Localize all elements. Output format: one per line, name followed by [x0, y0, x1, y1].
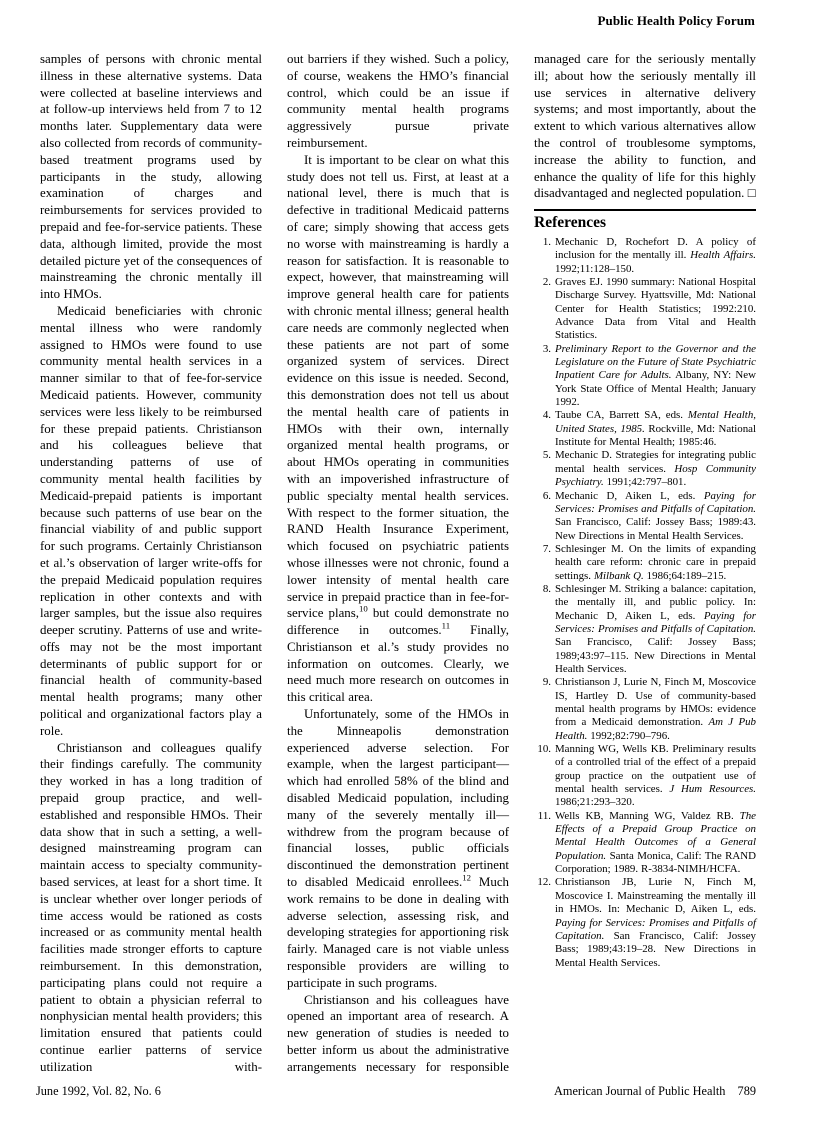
journal-page: { "running_head": "Public Health Policy …: [0, 0, 816, 1124]
reference-text: Taube CA, Barrett SA, eds. Mental Health…: [555, 409, 756, 449]
reference-text: Christianson J, Lurie N, Finch M, Moscov…: [555, 676, 756, 743]
footer-issue-info: June 1992, Vol. 82, No. 6: [36, 1084, 161, 1099]
reference-item: 11.Wells KB, Manning WG, Valdez RB. The …: [534, 810, 756, 877]
reference-item: 6.Mechanic D, Aiken L, eds. Paying for S…: [534, 490, 756, 543]
reference-number: 12.: [534, 876, 555, 969]
reference-number: 10.: [534, 743, 555, 810]
reference-item: 7.Schlesinger M. On the limits of expand…: [534, 543, 756, 583]
reference-item: 10.Manning WG, Wells KB. Preliminary res…: [534, 743, 756, 810]
reference-item: 5.Mechanic D. Strategies for integrating…: [534, 449, 756, 489]
reference-text: Christianson JB, Lurie N, Finch M, Mosco…: [555, 876, 756, 969]
text-column-2: out barriers if they wished. Such a poli…: [287, 51, 509, 1076]
reference-number: 9.: [534, 676, 555, 743]
reference-text: Mechanic D, Rochefort D. A policy of inc…: [555, 236, 756, 276]
text-column-3: managed care for the seriously mentally …: [534, 51, 756, 1076]
column-3-paragraphs: managed care for the seriously mentally …: [534, 51, 756, 202]
reference-item: 2.Graves EJ. 1990 summary: National Hosp…: [534, 276, 756, 343]
paragraph: samples of persons with chronic mental i…: [40, 51, 262, 303]
reference-item: 8.Schlesinger M. Striking a balance: cap…: [534, 583, 756, 676]
paragraph: It is important to be clear on what this…: [287, 152, 509, 706]
reference-item: 12.Christianson JB, Lurie N, Finch M, Mo…: [534, 876, 756, 969]
reference-text: Mechanic D, Aiken L, eds. Paying for Ser…: [555, 490, 756, 543]
reference-number: 8.: [534, 583, 555, 676]
paragraph: out barriers if they wished. Such a poli…: [287, 51, 509, 152]
footer-journal-name: American Journal of Public Health: [554, 1084, 725, 1098]
reference-item: 4.Taube CA, Barrett SA, eds. Mental Heal…: [534, 409, 756, 449]
reference-number: 11.: [534, 810, 555, 877]
reference-number: 3.: [534, 343, 555, 410]
reference-text: Graves EJ. 1990 summary: National Hospit…: [555, 276, 756, 343]
reference-text: Mechanic D. Strategies for integrating p…: [555, 449, 756, 489]
references-heading: References: [534, 215, 756, 232]
reference-number: 7.: [534, 543, 555, 583]
reference-number: 6.: [534, 490, 555, 543]
reference-text: Preliminary Report to the Governor and t…: [555, 343, 756, 410]
reference-number: 2.: [534, 276, 555, 343]
reference-item: 9.Christianson J, Lurie N, Finch M, Mosc…: [534, 676, 756, 743]
paragraph: Christianson and colleagues qualify thei…: [40, 740, 262, 1076]
text-column-1: samples of persons with chronic mental i…: [40, 51, 262, 1076]
reference-number: 1.: [534, 236, 555, 276]
reference-item: 1.Mechanic D, Rochefort D. A policy of i…: [534, 236, 756, 276]
reference-text: Schlesinger M. Striking a balance: capit…: [555, 583, 756, 676]
paragraph: Unfortunately, some of the HMOs in the M…: [287, 706, 509, 992]
paragraph: managed care for the seriously mentally …: [534, 51, 756, 202]
references-list: 1.Mechanic D, Rochefort D. A policy of i…: [534, 236, 756, 970]
references-divider: [534, 209, 756, 211]
page-footer: June 1992, Vol. 82, No. 6 American Journ…: [36, 1084, 756, 1099]
paragraph: Medicaid beneficiaries with chronic ment…: [40, 303, 262, 740]
reference-item: 3.Preliminary Report to the Governor and…: [534, 343, 756, 410]
running-head: Public Health Policy Forum: [597, 13, 755, 29]
paragraph: Christianson and his colleagues have ope…: [287, 992, 509, 1076]
reference-number: 5.: [534, 449, 555, 489]
reference-text: Wells KB, Manning WG, Valdez RB. The Eff…: [555, 810, 756, 877]
footer-page-number: 789: [738, 1084, 756, 1098]
footer-journal-info: American Journal of Public Health 789: [554, 1084, 756, 1099]
reference-number: 4.: [534, 409, 555, 449]
reference-text: Manning WG, Wells KB. Preliminary result…: [555, 743, 756, 810]
article-body: samples of persons with chronic mental i…: [40, 51, 756, 1076]
reference-text: Schlesinger M. On the limits of expandin…: [555, 543, 756, 583]
